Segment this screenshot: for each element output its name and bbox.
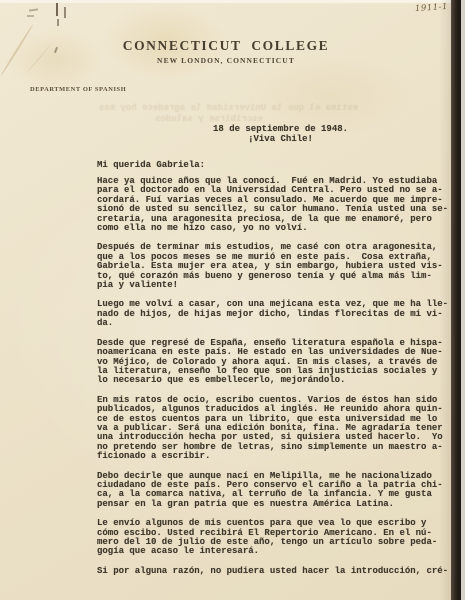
ink-mark: [57, 19, 59, 26]
bleedthrough-text: estima el que la Universidad le agradece…: [103, 103, 358, 113]
ink-mark: [64, 7, 66, 18]
scanned-letter-page: 1911-1 CONNECTICUT COLLEGE NEW LONDON, C…: [0, 0, 465, 600]
letter-date: 18 de septiembre de 1948.: [213, 124, 348, 134]
letter-paragraph: Si por alguna razón, no pudiera usted ha…: [97, 567, 462, 576]
letter-paragraph: Hace ya quince años que la conocí. Fué e…: [97, 177, 462, 233]
salutation: Mi querida Gabriela:: [97, 160, 205, 170]
letter-paragraph: Después de terminar mis estudios, me cas…: [97, 243, 462, 290]
institution-location: NEW LONDON, CONNECTICUT: [0, 56, 452, 65]
date-block: 18 de septiembre de 1948. ¡Viva Chile!: [213, 124, 348, 144]
letter-paragraph: En mis ratos de ocio, escribo cuentos. V…: [97, 396, 462, 462]
institution-name: CONNECTICUT COLLEGE: [0, 38, 452, 54]
ink-mark: [56, 3, 58, 16]
letter-paragraph: Le envío algunos de mis cuentos para que…: [97, 519, 462, 557]
letter-paragraph: Desde que regresé de España, enseño lite…: [97, 339, 462, 386]
letter-paragraph: Debo decirle que aunque nací en Melipill…: [97, 472, 462, 510]
department-label: DEPARTMENT OF SPANISH: [30, 86, 126, 93]
letter-paragraph: Luego me volví a casar, con una mejicana…: [97, 300, 462, 328]
viva-chile-line: ¡Viva Chile!: [213, 134, 348, 144]
pencil-mark: [27, 15, 34, 17]
pencil-mark: [29, 8, 38, 11]
letter-body: Hace ya quince años que la conocí. Fué e…: [97, 177, 462, 586]
letterhead: CONNECTICUT COLLEGE NEW LONDON, CONNECTI…: [0, 38, 452, 65]
scan-top-edge: [0, 0, 452, 3]
bleedthrough-text: escribirse y saludos: [148, 114, 263, 124]
